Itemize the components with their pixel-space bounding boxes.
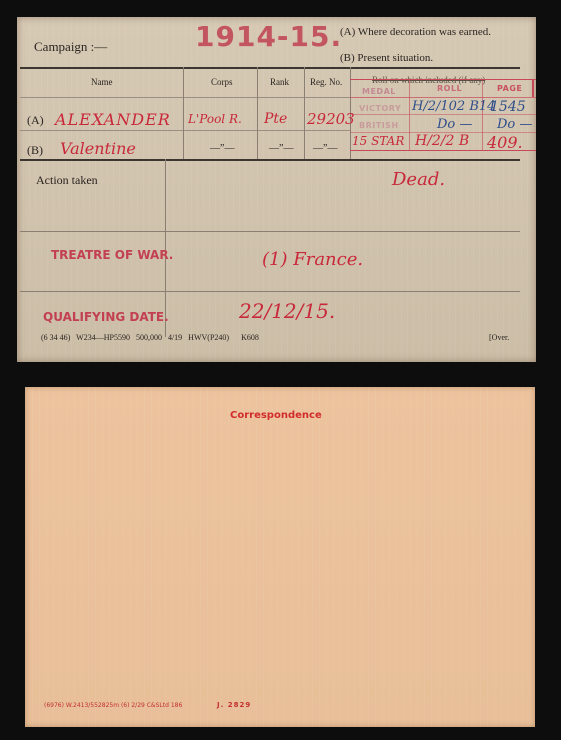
action-taken-value: Dead. bbox=[392, 169, 445, 190]
header-rank: Rank bbox=[270, 77, 289, 87]
medal-british-label: BRITISH bbox=[359, 121, 399, 130]
divider bbox=[532, 79, 534, 97]
row-a-name: ALEXANDER bbox=[55, 110, 171, 129]
divider bbox=[350, 97, 536, 98]
print-code: (6 34 46) W234—HP5590 500,000 4/19 HWV(P… bbox=[41, 333, 259, 342]
theatre-of-war-value: (1) France. bbox=[262, 249, 363, 270]
medal-card-front: Campaign :— 1914-15. (A) Where decoratio… bbox=[17, 17, 536, 362]
medal-victory-page: 1545 bbox=[490, 99, 526, 115]
row-a-corps: L'Pool R. bbox=[188, 112, 242, 126]
header-roll-caption: Roll on which included (if any) bbox=[372, 75, 485, 85]
row-b-reg-no: —”— bbox=[313, 143, 337, 154]
divider bbox=[20, 67, 520, 69]
row-b-name: Valentine bbox=[60, 139, 136, 158]
theatre-of-war-label: TREATRE OF WAR. bbox=[51, 248, 173, 262]
campaign-label: Campaign :— bbox=[34, 39, 107, 55]
medal-victory-label: VICTORY bbox=[359, 104, 401, 113]
medal-card-back: Correspondence (6976) W.2413/552825m (6)… bbox=[25, 387, 535, 727]
header-corps: Corps bbox=[211, 77, 233, 87]
legend-a: (A) Where decoration was earned. bbox=[340, 26, 491, 38]
action-taken-label: Action taken bbox=[36, 173, 98, 188]
medal-header-medal: MEDAL bbox=[362, 87, 396, 96]
medal-header-page: PAGE bbox=[497, 84, 522, 93]
row-a-reg-no: 29203 bbox=[307, 110, 355, 128]
header-reg-no: Reg. No. bbox=[310, 77, 342, 87]
divider bbox=[183, 67, 184, 159]
qualifying-date-label: QUALIFYING DATE. bbox=[43, 310, 169, 324]
print-code: (6976) W.2413/552825m (6) 2/29 C&SLtd 18… bbox=[44, 702, 182, 709]
medal-star-label: 15 STAR bbox=[352, 134, 404, 148]
medal-british-page: Do — bbox=[497, 117, 532, 132]
medal-victory-roll: H/2/102 B14 bbox=[412, 99, 495, 114]
legend-b: (B) Present situation. bbox=[340, 52, 433, 64]
medal-star-page: 409. bbox=[487, 133, 523, 152]
divider bbox=[20, 130, 350, 131]
row-b-corps: —”— bbox=[210, 143, 234, 154]
row-b-rank: —”— bbox=[269, 143, 293, 154]
divider bbox=[20, 231, 520, 232]
row-b-prefix: (B) bbox=[27, 143, 43, 158]
divider bbox=[409, 79, 410, 151]
over-marker: [Over. bbox=[489, 333, 509, 342]
divider bbox=[304, 67, 305, 159]
correspondence-title: Correspondence bbox=[230, 410, 322, 421]
divider bbox=[482, 79, 483, 151]
row-a-rank: Pte bbox=[264, 111, 287, 127]
divider bbox=[20, 291, 520, 292]
divider bbox=[20, 97, 350, 98]
qualifying-date-value: 22/12/15. bbox=[239, 299, 335, 323]
divider bbox=[257, 67, 258, 159]
campaign-years-stamp: 1914-15. bbox=[195, 20, 342, 53]
medal-header-roll: ROLL bbox=[437, 84, 462, 93]
row-a-prefix: (A) bbox=[27, 113, 44, 128]
header-name: Name bbox=[91, 77, 113, 87]
medal-british-roll: Do — bbox=[437, 117, 472, 132]
form-code: J. 2829 bbox=[217, 701, 251, 709]
divider bbox=[350, 79, 536, 80]
medal-star-roll: H/2/2 B bbox=[415, 133, 469, 149]
divider bbox=[20, 159, 520, 161]
